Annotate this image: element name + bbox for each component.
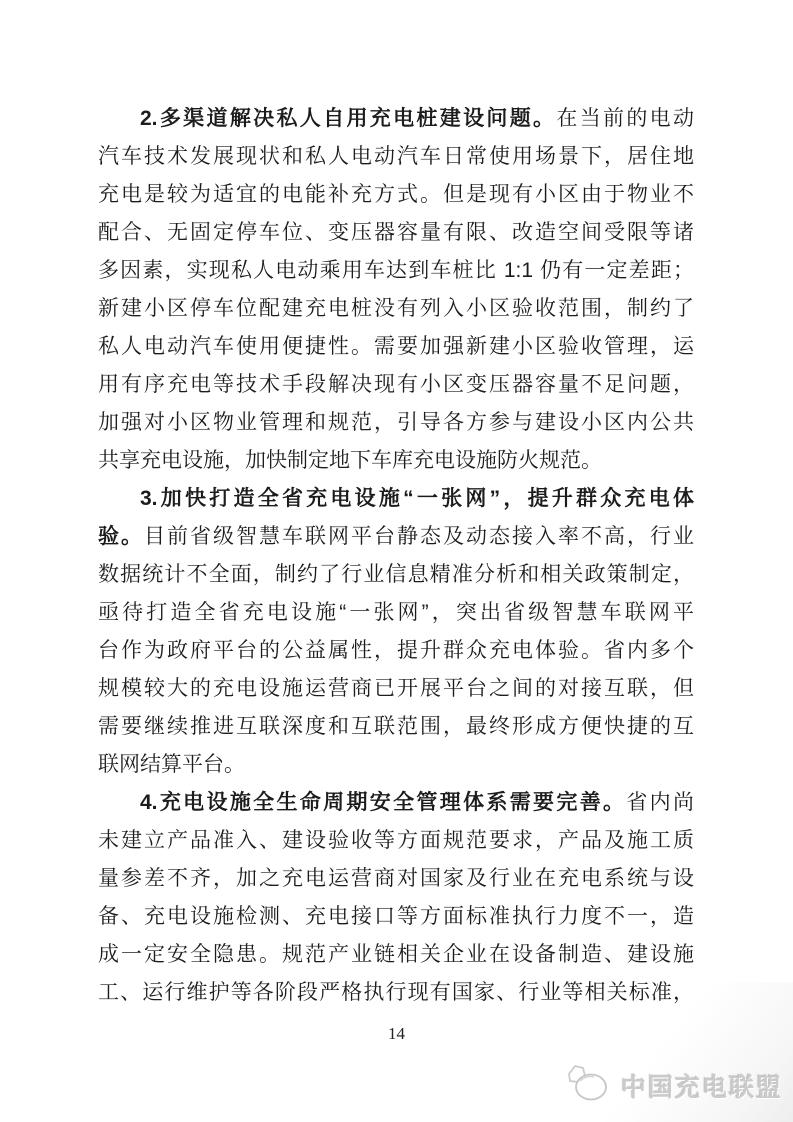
line-text: 数据统计不全面，制约了行业信息精准分析和相关政策制定，	[98, 563, 694, 586]
document-body: 2.多渠道解决私人自用充电桩建设问题。在当前的电动 汽车技术发展现状和私人电动汽…	[98, 100, 694, 1012]
page-number: 14	[0, 1024, 793, 1044]
document-page: 2.多渠道解决私人自用充电桩建设问题。在当前的电动 汽车技术发展现状和私人电动汽…	[0, 0, 793, 1122]
text-line: 工、运行维护等各阶段严格执行现有国家、行业等相关标准，	[98, 974, 694, 1012]
line-text: 汽车技术发展现状和私人电动汽车日常使用场景下，居住地	[98, 145, 694, 168]
text-line: 4.充电设施全生命周期安全管理体系需要完善。省内尚	[98, 784, 694, 822]
bold-lead: 验。	[98, 525, 144, 548]
text-line: 联网结算平台。	[98, 746, 694, 784]
line-text: 用有序充电等技术手段解决现有小区变压器容量不足问题，	[98, 373, 694, 396]
text-line: 验。目前省级智慧车联网平台静态及动态接入率不高，行业	[98, 518, 694, 556]
line-text: 省内尚	[626, 791, 694, 814]
text-line: 多因素，实现私人电动乘用车达到车桩比 1:1 仍有一定差距；	[98, 252, 694, 290]
line-text: 工、运行维护等各阶段严格执行现有国家、行业等相关标准，	[98, 981, 694, 1004]
text-line: 配合、无固定停车位、变压器容量有限、改造空间受限等诸	[98, 214, 694, 252]
text-line: 3.加快打造全省充电设施“一张网”，提升群众充电体	[98, 480, 694, 518]
line-text: 共享充电设施，加快制定地下车库充电设施防火规范。	[98, 449, 602, 472]
text-line: 亟待打造全省充电设施“一张网”，突出省级智慧车联网平	[98, 594, 694, 632]
line-text: 需要继续推进互联深度和互联范围，最终形成方便快捷的互	[98, 715, 694, 738]
paragraph-3: 3.加快打造全省充电设施“一张网”，提升群众充电体 验。目前省级智慧车联网平台静…	[98, 480, 694, 784]
watermark: 中国充电联盟	[560, 1061, 783, 1110]
bold-lead: 4.充电设施全生命周期安全管理体系需要完善。	[140, 791, 626, 814]
text-line: 数据统计不全面，制约了行业信息精准分析和相关政策制定，	[98, 556, 694, 594]
line-text: 加强对小区物业管理和规范，引导各方参与建设小区内公共	[98, 411, 694, 434]
line-text: 未建立产品准入、建设验收等方面规范要求，产品及施工质	[98, 829, 694, 852]
charging-alliance-logo-icon	[560, 1061, 614, 1110]
text-line: 新建小区停车位配建充电桩没有列入小区验收范围，制约了	[98, 290, 694, 328]
text-line: 充电是较为适宜的电能补充方式。但是现有小区由于物业不	[98, 176, 694, 214]
line-text: 联网结算平台。	[98, 753, 245, 776]
watermark-label: 中国充电联盟	[621, 1068, 783, 1104]
text-line: 加强对小区物业管理和规范，引导各方参与建设小区内公共	[98, 404, 694, 442]
line-text: 新建小区停车位配建充电桩没有列入小区验收范围，制约了	[98, 297, 694, 320]
line-text: 充电是较为适宜的电能补充方式。但是现有小区由于物业不	[98, 183, 694, 206]
text-line: 成一定安全隐患。规范产业链相关企业在设备制造、建设施	[98, 936, 694, 974]
line-text: 台作为政府平台的公益属性，提升群众充电体验。省内多个	[98, 639, 694, 662]
text-line: 备、充电设施检测、充电接口等方面标准执行力度不一，造	[98, 898, 694, 936]
line-text: 私人电动汽车使用便捷性。需要加强新建小区验收管理，运	[98, 335, 694, 358]
paragraph-2: 2.多渠道解决私人自用充电桩建设问题。在当前的电动 汽车技术发展现状和私人电动汽…	[98, 100, 694, 480]
paragraph-4: 4.充电设施全生命周期安全管理体系需要完善。省内尚 未建立产品准入、建设验收等方…	[98, 784, 694, 1012]
line-text: 配合、无固定停车位、变压器容量有限、改造空间受限等诸	[98, 221, 694, 244]
line-text: 多因素，实现私人电动乘用车达到车桩比 1:1 仍有一定差距；	[98, 259, 694, 282]
text-line: 汽车技术发展现状和私人电动汽车日常使用场景下，居住地	[98, 138, 694, 176]
text-line: 量参差不齐，加之充电运营商对国家及行业在充电系统与设	[98, 860, 694, 898]
text-line: 规模较大的充电设施运营商已开展平台之间的对接互联，但	[98, 670, 694, 708]
bold-lead: 3.加快打造全省充电设施“一张网”，提升群众充电体	[140, 487, 694, 510]
text-line: 私人电动汽车使用便捷性。需要加强新建小区验收管理，运	[98, 328, 694, 366]
line-text: 在当前的电动	[556, 107, 694, 130]
line-text: 目前省级智慧车联网平台静态及动态接入率不高，行业	[144, 525, 694, 548]
text-line: 用有序充电等技术手段解决现有小区变压器容量不足问题，	[98, 366, 694, 404]
line-text: 亟待打造全省充电设施“一张网”，突出省级智慧车联网平	[98, 601, 694, 624]
text-line: 台作为政府平台的公益属性，提升群众充电体验。省内多个	[98, 632, 694, 670]
text-line: 2.多渠道解决私人自用充电桩建设问题。在当前的电动	[98, 100, 694, 138]
line-text: 规模较大的充电设施运营商已开展平台之间的对接互联，但	[98, 677, 694, 700]
text-line: 需要继续推进互联深度和互联范围，最终形成方便快捷的互	[98, 708, 694, 746]
text-line: 未建立产品准入、建设验收等方面规范要求，产品及施工质	[98, 822, 694, 860]
text-line: 共享充电设施，加快制定地下车库充电设施防火规范。	[98, 442, 694, 480]
bold-lead: 2.多渠道解决私人自用充电桩建设问题。	[140, 107, 556, 130]
line-text: 量参差不齐，加之充电运营商对国家及行业在充电系统与设	[98, 867, 694, 890]
line-text: 成一定安全隐患。规范产业链相关企业在设备制造、建设施	[98, 943, 694, 966]
line-text: 备、充电设施检测、充电接口等方面标准执行力度不一，造	[98, 905, 694, 928]
